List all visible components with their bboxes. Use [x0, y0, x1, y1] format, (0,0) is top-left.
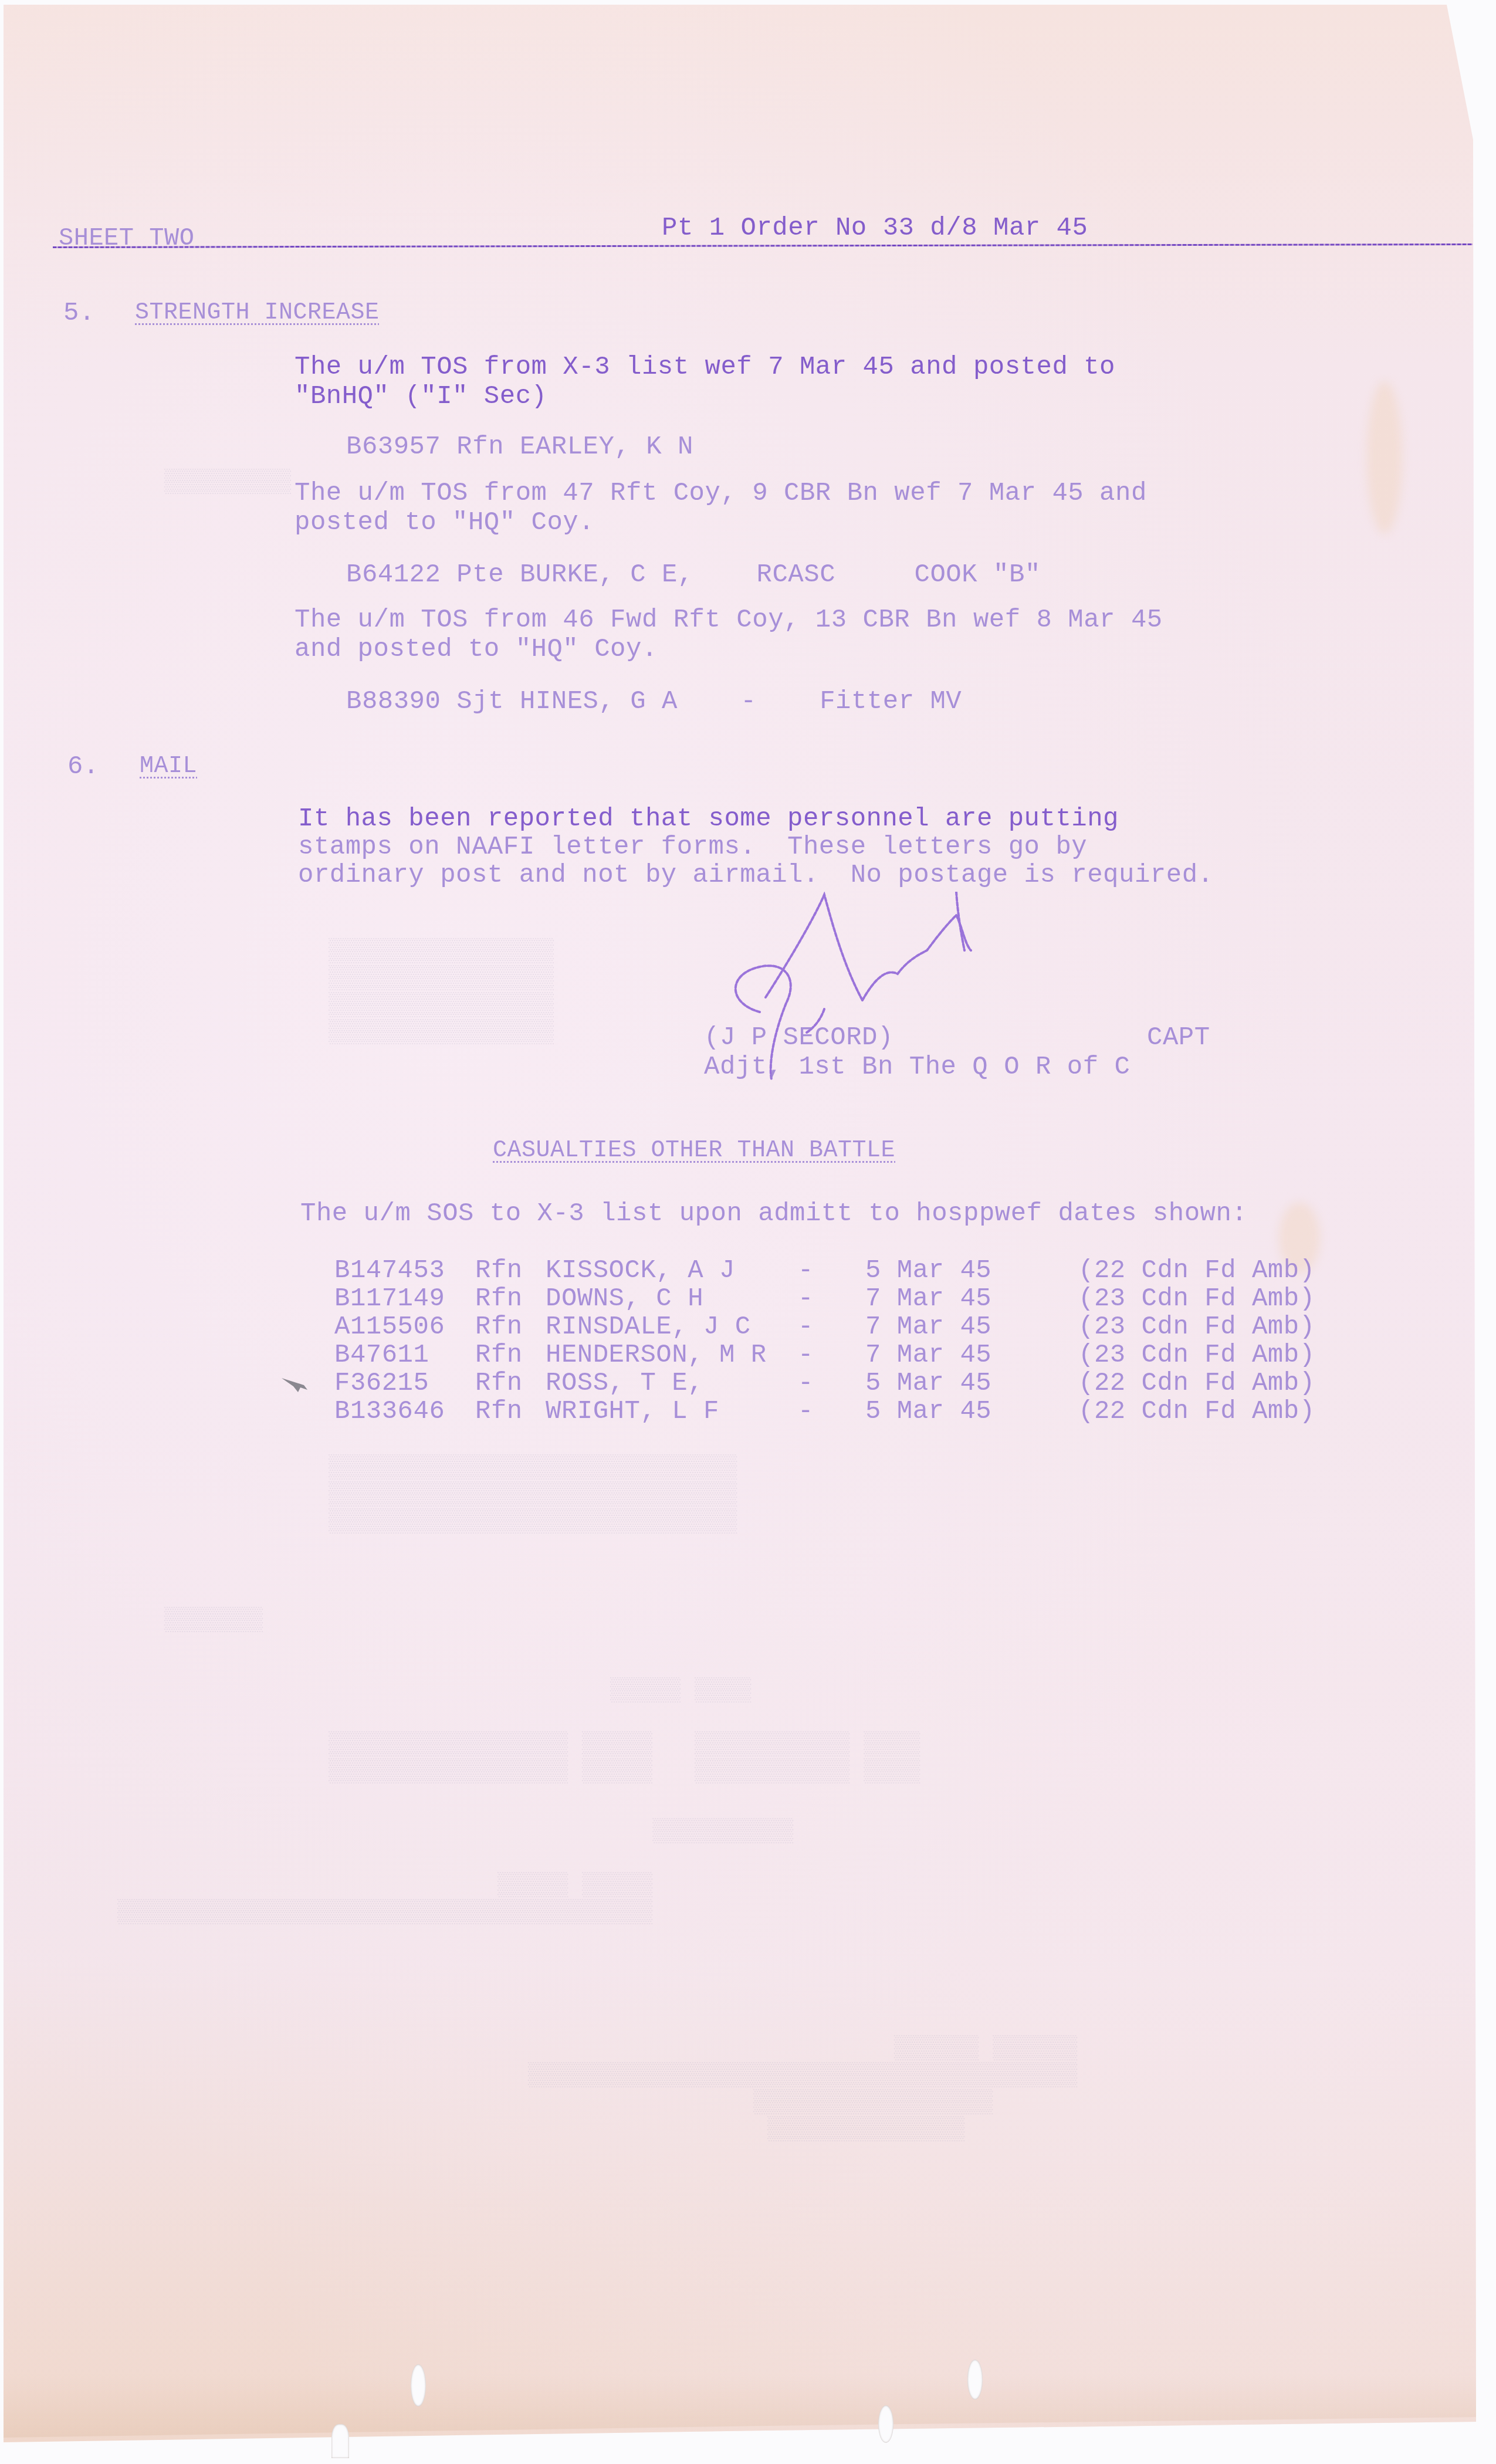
paper-stain	[1367, 381, 1402, 534]
bleed-through-text: ▒▒▒▒▒▒▒▒▒▒ ▒▒▒▒▒ ▒▒▒▒▒ ▒▒▒▒▒▒▒▒▒▒▒▒▒▒▒▒▒…	[117, 1819, 793, 1927]
unit: (23 Cdn Fd Amb)	[1078, 1341, 1315, 1369]
personnel-entry: B64122 Pte BURKE, C E, RCASC COOK "B"	[346, 561, 1041, 589]
date: 5 Mar 45	[865, 1257, 991, 1285]
pencil-tick-mark	[280, 1376, 310, 1393]
service-number: B133646	[334, 1397, 445, 1426]
mail-body-line: It has been reported that some personnel…	[298, 805, 1119, 833]
entry-text: and posted to "HQ" Coy.	[295, 635, 658, 664]
punch-hole	[878, 2405, 893, 2443]
unit: (23 Cdn Fd Amb)	[1078, 1313, 1315, 1341]
separator: -	[798, 1257, 814, 1285]
bleed-through-text: ▒▒▒▒▒▒▒▒▒▒▒▒▒▒▒▒ ▒▒▒▒▒▒▒▒▒▒▒▒▒▒▒▒ ▒▒▒▒▒▒…	[329, 939, 554, 1047]
mail-body-line: ordinary post and not by airmail. No pos…	[298, 861, 1213, 889]
personnel-entry: B88390 Sjt HINES, G A - Fitter MV	[346, 688, 962, 716]
section-number: 5.	[63, 299, 95, 327]
entry-text: The u/m TOS from X-3 list wef 7 Mar 45 a…	[295, 353, 1115, 381]
section-number: 6.	[67, 753, 99, 781]
rank: Rfn	[475, 1369, 523, 1397]
entry-text: The u/m TOS from 46 Fwd Rft Coy, 13 CBR …	[295, 606, 1163, 634]
name: WRIGHT, L F	[546, 1397, 719, 1426]
date: 5 Mar 45	[865, 1397, 991, 1426]
date: 5 Mar 45	[865, 1369, 991, 1397]
rank: Rfn	[475, 1257, 523, 1285]
entry-text: posted to "HQ" Coy.	[295, 509, 594, 537]
date: 7 Mar 45	[865, 1285, 991, 1313]
name: ROSS, T E,	[546, 1369, 703, 1397]
service-number: B147453	[334, 1257, 445, 1285]
bleed-through-text: ▒▒▒▒▒▒ ▒▒▒▒▒▒ ▒▒▒▒▒▒▒▒▒▒▒▒▒▒▒▒▒▒▒▒▒▒▒▒▒▒…	[528, 2036, 1077, 2144]
entry-text: "BnHQ" ("I" Sec)	[295, 383, 547, 411]
torn-hole	[331, 2424, 349, 2458]
bleed-through-text: ▒▒▒▒▒▒▒▒▒▒▒▒▒▒▒▒▒▒▒▒▒▒▒▒▒▒▒▒▒ ▒▒▒▒▒▒▒▒▒▒…	[329, 1455, 737, 1536]
rank: Rfn	[475, 1341, 523, 1369]
service-number: F36215	[334, 1369, 429, 1397]
bleed-through-text: ▒▒▒▒▒▒▒	[164, 1607, 263, 1634]
casualties-title: CASUALTIES OTHER THAN BATTLE	[493, 1137, 895, 1165]
punch-hole	[411, 2364, 426, 2407]
name: HENDERSON, M R	[546, 1341, 767, 1369]
section-title: STRENGTH INCREASE	[135, 299, 380, 327]
service-number: A115506	[334, 1313, 445, 1341]
personnel-entry: B63957 Rfn EARLEY, K N	[346, 433, 693, 461]
mail-body-line: stamps on NAAFI letter forms. These lett…	[298, 833, 1087, 861]
signatory-name: (J P SECORD)	[704, 1024, 893, 1052]
unit: (23 Cdn Fd Amb)	[1078, 1285, 1315, 1313]
name: RINSDALE, J C	[546, 1313, 751, 1341]
bleed-through-text: ▒▒▒▒▒▒▒▒▒	[164, 469, 291, 496]
separator: -	[798, 1369, 814, 1397]
rank: Rfn	[475, 1285, 523, 1313]
order-reference: Pt 1 Order No 33 d/8 Mar 45	[662, 214, 1088, 242]
rank: Rfn	[475, 1313, 523, 1341]
bleed-through-text: ▒▒▒▒ ▒▒▒▒▒ ▒▒▒▒ ▒▒▒▒▒▒▒▒▒▒▒ ▒▒▒▒▒ ▒▒▒▒▒▒…	[329, 1678, 920, 1786]
separator: -	[798, 1285, 814, 1313]
separator: -	[798, 1313, 814, 1341]
rank: Rfn	[475, 1397, 523, 1426]
section-title: MAIL	[140, 753, 197, 781]
unit: (22 Cdn Fd Amb)	[1078, 1369, 1315, 1397]
separator: -	[798, 1397, 814, 1426]
punch-hole	[967, 2360, 983, 2399]
name: DOWNS, C H	[546, 1285, 703, 1313]
service-number: B47611	[334, 1341, 429, 1369]
date: 7 Mar 45	[865, 1313, 991, 1341]
date: 7 Mar 45	[865, 1341, 991, 1369]
entry-text: The u/m TOS from 47 Rft Coy, 9 CBR Bn we…	[295, 479, 1147, 507]
signatory-appointment: Adjt, 1st Bn The Q O R of C	[704, 1053, 1130, 1081]
name: KISSOCK, A J	[546, 1257, 735, 1285]
unit: (22 Cdn Fd Amb)	[1078, 1397, 1315, 1426]
unit: (22 Cdn Fd Amb)	[1078, 1257, 1315, 1285]
signatory-rank: CAPT	[1147, 1024, 1210, 1052]
service-number: B117149	[334, 1285, 445, 1313]
separator: -	[798, 1341, 814, 1369]
casualties-intro: The u/m SOS to X-3 list upon admitt to h…	[300, 1200, 1247, 1228]
